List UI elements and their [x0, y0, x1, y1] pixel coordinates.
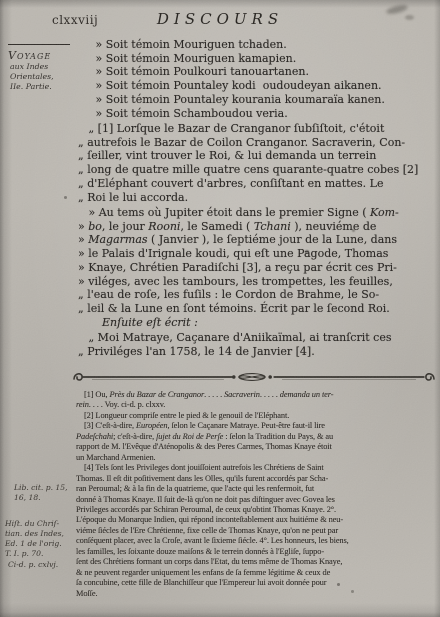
text-line: » viléges, avec les tambours, les trompe… — [78, 275, 435, 289]
footnote-line: ſent des Chrétiens formant un corps dans… — [76, 557, 437, 567]
text-line: » bo, le jour Rooni, le Samedi ( Tchani … — [78, 220, 435, 234]
footnote-line: les familles, les ſoixante douze maiſons… — [76, 547, 437, 557]
scan-speck — [64, 196, 67, 199]
running-title: DISCOURS — [0, 10, 440, 28]
paragraph-bazar-cranganor: „ [1] Lorſque le Bazar de Cranganor ſubſ… — [78, 122, 435, 204]
text-line: » Soit témoin Mouriguen tchaden. — [78, 38, 435, 52]
text-line: „ d'Eléphant couvert d'arbres, conſiſtan… — [78, 177, 435, 191]
witness-list-block: » Soit témoin Mouriguen tchaden. » Soit … — [78, 38, 435, 120]
footnote-line: rapport de M. l'Evêque d'Aténopolis & de… — [76, 442, 437, 452]
footnote-line: viéme ſiécles de l'Ere Chrétienne, fixe … — [76, 526, 437, 536]
center-knot-icon — [233, 374, 272, 381]
margin-line: IIe. Partie. — [10, 82, 78, 92]
margin-rule — [8, 44, 70, 45]
text-line: „ Priviléges l'an 1758, le 14 de Janvier… — [78, 345, 435, 359]
footnote-line: [2] Longueur compriſe entre le pied & le… — [76, 411, 437, 421]
footnote-line: [4] Tels ſont les Privileges dont jouiſſ… — [76, 463, 437, 473]
section-divider — [72, 369, 436, 385]
margin-line: Lib. cit. p. 15, — [14, 483, 86, 493]
footnote-line: & ne peuvent regarder uniquement les enf… — [76, 568, 437, 578]
text-line: „ [1] Lorſque le Bazar de Cranganor ſubſ… — [78, 122, 435, 136]
ensuite-heading: Enſuite eſt écrit : — [102, 316, 198, 329]
footnote-line: L'époque du Monarque Indien, qui répond … — [76, 515, 437, 525]
text-line: „ ſeiller, vint trouver le Roi, & lui de… — [78, 149, 435, 163]
margin-series-title: Voyage — [8, 49, 78, 62]
text-line: » Soit témoin Schamboudou veria. — [78, 107, 435, 121]
text-line: » Knaye, Chrétien Paradiſchi [3], a reçu… — [78, 261, 435, 275]
paragraph-matraye-transcription: „ Moi Matraye, Caçanare d'Aniikaïmal, ai… — [78, 331, 435, 358]
text-line: » le Palais d'Irignale koudi, qui eſt un… — [78, 247, 435, 261]
footnote-line: Privileges accordés par Schiran Peroumal… — [76, 505, 437, 515]
footnote-line: Padeſchahi; c'eſt-à-dire, ſujet du Roi d… — [76, 432, 437, 442]
margin-line: Hiſt. du Chriſ- — [5, 519, 77, 529]
footnote-line: [3] C'eſt-à-dire, Européen, ſelon le Caç… — [76, 421, 437, 431]
text-line: » Magarmas ( Janvier ), le ſeptiéme jour… — [78, 233, 435, 247]
margin-line: T. I. p. 70. — [5, 549, 77, 559]
page-header: clxxviij DISCOURS — [0, 10, 440, 32]
margin-line: Ci-d. p. cxlvj. — [8, 560, 80, 570]
text-line: „ leil & la Lune en ſont témoins. Écrit … — [78, 302, 435, 316]
fleuron-right-icon — [426, 374, 434, 380]
divider-ornament-icon — [72, 369, 436, 385]
margin-citation-lib-cit: Lib. cit. p. 15,16, 18. — [14, 483, 86, 503]
footnote-line: Moſſe. — [76, 589, 437, 599]
footnote-line: conſéquent placer, avec la Croſe, avant … — [76, 536, 437, 546]
margin-series-note: Voyage aux IndesOrientales,IIe. Partie. — [6, 49, 78, 92]
margin-line: tian. des Indes, — [5, 529, 77, 539]
footnote-line: un Marchand Armenien. — [76, 453, 437, 463]
footnotes-block: [1] Ou, Près du Bazar de Cranganor. . . … — [76, 390, 437, 599]
text-line: „ l'eau de roſe, les fuſils : le Cordon … — [78, 288, 435, 302]
margin-line: aux Indes — [10, 62, 78, 72]
margin-citation-ci-dessus: Ci-d. p. cxlvj. — [8, 560, 80, 570]
fleuron-left-icon — [74, 374, 82, 380]
text-line: „ Roi le lui accorda. — [78, 191, 435, 205]
footnote-line: [1] Ou, Près du Bazar de Cranganor. . . … — [76, 390, 437, 400]
text-line: » Au tems où Jupiter étoit dans le premi… — [78, 206, 435, 220]
margin-line: Orientales, — [10, 72, 78, 82]
text-line: » Soit témoin Pountaley kourania koumara… — [78, 93, 435, 107]
margin-line: Ed. 1 de l'orig. — [5, 539, 77, 549]
text-line: „ Moi Matraye, Caçanare d'Aniikaïmal, ai… — [78, 331, 435, 345]
footnote-line: ran Peroumal; & à la fin de la quatrieme… — [76, 484, 437, 494]
footnote-line: Thomas. Il eſt dit poſitivement dans les… — [76, 474, 437, 484]
paragraph-jupiter-privileges: » Au tems où Jupiter étoit dans le premi… — [78, 206, 435, 316]
text-line: „ autrefois le Bazar de Coilon Cranganor… — [78, 136, 435, 150]
footnote-line: donné à Thomas Knaye. Il ſuit de-là qu'o… — [76, 495, 437, 505]
text-line: » Soit témoin Pountaley kodi oudoudeyan … — [78, 79, 435, 93]
scanned-book-page: clxxviij DISCOURS Voyage aux IndesOrient… — [0, 0, 440, 617]
text-line: „ long de quatre mille quatre cens quara… — [78, 163, 435, 177]
margin-citation-hist-christ: Hiſt. du Chriſ-tian. des Indes,Ed. 1 de … — [5, 519, 77, 559]
margin-line: 16, 18. — [14, 493, 86, 503]
text-line: » Soit témoin Poulkouri tanouartanen. — [78, 65, 435, 79]
footnote-line: rein. . . . Voy. ci-d. p. clxxv. — [76, 400, 437, 410]
margin-series-lines: aux IndesOrientales,IIe. Partie. — [6, 62, 78, 92]
text-line: » Soit témoin Mouriguen kamapien. — [78, 52, 435, 66]
footnote-line: ſa concubine, cette fille de Blanchiſſeu… — [76, 578, 437, 588]
